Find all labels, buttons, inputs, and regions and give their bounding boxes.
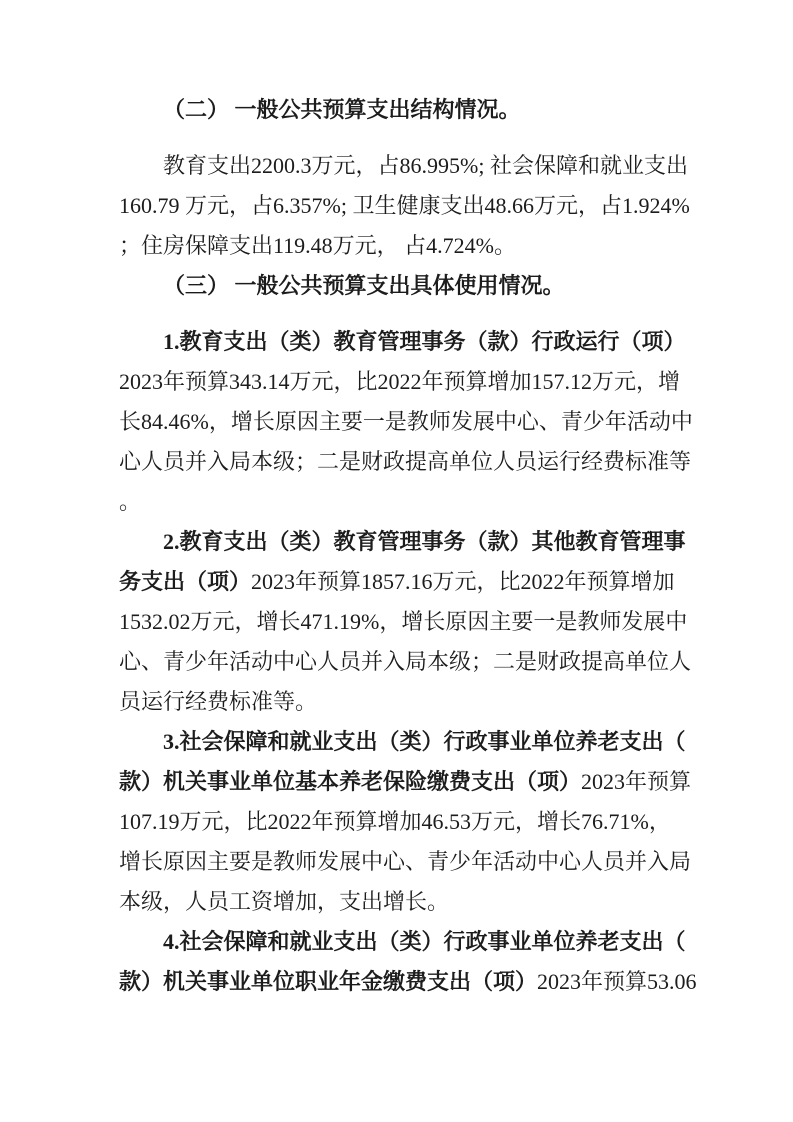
text-line: 160.79 万元，占6.357%; 卫生健康支出48.66万元，占1.924% [119, 186, 679, 226]
bold-text: 务支出（项） [119, 569, 251, 594]
body-text: 2023年预算343.14万元，比2022年预算增加157.12万元，增 [119, 369, 680, 394]
body-text: 教育支出2200.3万元，占86.995%; 社会保障和就业支出 [163, 153, 688, 178]
text-line: 4.社会保障和就业支出（类）行政事业单位养老支出（ [119, 922, 679, 962]
paragraph: 教育支出2200.3万元，占86.995%; 社会保障和就业支出 160.79 … [119, 146, 679, 266]
text-line: 款）机关事业单位基本养老保险缴费支出（项）2023年预算 [119, 762, 679, 802]
bold-text: 款）机关事业单位基本养老保险缴费支出（项） [119, 769, 581, 794]
bold-text: 2.教育支出（类）教育管理事务（款）其他教育管理事 [163, 529, 686, 554]
heading-text: （三） 一般公共预算支出具体使用情况。 [163, 273, 565, 298]
text-line: ；住房保障支出119.48万元， 占4.724%。 [119, 226, 679, 266]
text-line: 增长原因主要是教师发展中心、青少年活动中心人员并入局 [119, 842, 679, 882]
document-page: （二） 一般公共预算支出结构情况。 教育支出2200.3万元，占86.995%;… [0, 0, 793, 1122]
section-heading: （二） 一般公共预算支出结构情况。 [119, 90, 679, 130]
paragraph: 2.教育支出（类）教育管理事务（款）其他教育管理事 务支出（项）2023年预算1… [119, 522, 679, 722]
text-line: 教育支出2200.3万元，占86.995%; 社会保障和就业支出 [119, 146, 679, 186]
body-text: 本级，人员工资增加，支出增长。 [119, 889, 449, 914]
body-text: 心人员并入局本级；二是财政提高单位人员运行经费标准等 [119, 449, 691, 474]
text-line: 1.教育支出（类）教育管理事务（款）行政运行（项） [119, 322, 679, 362]
body-text: 2023年预算53.06 [537, 969, 697, 994]
body-text: 。 [119, 489, 141, 514]
text-line: 1532.02万元，增长471.19%，增长原因主要一是教师发展中 [119, 602, 679, 642]
text-line: 107.19万元，比2022年预算增加46.53万元，增长76.71%， [119, 802, 679, 842]
bold-text: 1.教育支出（类）教育管理事务（款）行政运行（项） [163, 329, 686, 354]
text-line: 款）机关事业单位职业年金缴费支出（项）2023年预算53.06 [119, 962, 679, 1002]
body-text: 2023年预算 [581, 769, 691, 794]
heading-line: （二） 一般公共预算支出结构情况。 [119, 90, 679, 130]
body-text: 107.19万元，比2022年预算增加46.53万元，增长76.71%， [119, 809, 671, 834]
text-line: 长84.46%，增长原因主要一是教师发展中心、青少年活动中 [119, 402, 679, 442]
body-text: 长84.46%，增长原因主要一是教师发展中心、青少年活动中 [119, 409, 693, 434]
text-line: 。 [119, 482, 679, 522]
body-text: 1532.02万元，增长471.19%，增长原因主要一是教师发展中 [119, 609, 687, 634]
text-line: 3.社会保障和就业支出（类）行政事业单位养老支出（ [119, 722, 679, 762]
text-line: 本级，人员工资增加，支出增长。 [119, 882, 679, 922]
document-body: （二） 一般公共预算支出结构情况。 教育支出2200.3万元，占86.995%;… [119, 90, 679, 1002]
text-line: 2023年预算343.14万元，比2022年预算增加157.12万元，增 [119, 362, 679, 402]
text-line: 心人员并入局本级；二是财政提高单位人员运行经费标准等 [119, 442, 679, 482]
section-heading: （三） 一般公共预算支出具体使用情况。 [119, 266, 679, 306]
paragraph: 3.社会保障和就业支出（类）行政事业单位养老支出（ 款）机关事业单位基本养老保险… [119, 722, 679, 922]
bold-text: 3.社会保障和就业支出（类）行政事业单位养老支出（ [163, 729, 686, 754]
heading-text: （二） 一般公共预算支出结构情况。 [163, 97, 521, 122]
text-line: 2.教育支出（类）教育管理事务（款）其他教育管理事 [119, 522, 679, 562]
text-line: 务支出（项）2023年预算1857.16万元，比2022年预算增加 [119, 562, 679, 602]
bold-text: 4.社会保障和就业支出（类）行政事业单位养老支出（ [163, 929, 686, 954]
body-text: 增长原因主要是教师发展中心、青少年活动中心人员并入局 [119, 849, 691, 874]
paragraph: 1.教育支出（类）教育管理事务（款）行政运行（项） 2023年预算343.14万… [119, 322, 679, 522]
body-text: ；住房保障支出119.48万元， 占4.724%。 [119, 233, 516, 258]
text-line: 员运行经费标准等。 [119, 682, 679, 722]
body-text: 2023年预算1857.16万元，比2022年预算增加 [251, 569, 675, 594]
body-text: 员运行经费标准等。 [119, 689, 317, 714]
body-text: 心、青少年活动中心人员并入局本级；二是财政提高单位人 [119, 649, 691, 674]
heading-line: （三） 一般公共预算支出具体使用情况。 [119, 266, 679, 306]
body-text: 160.79 万元，占6.357%; 卫生健康支出48.66万元，占1.924% [119, 193, 690, 218]
bold-text: 款）机关事业单位职业年金缴费支出（项） [119, 969, 537, 994]
text-line: 心、青少年活动中心人员并入局本级；二是财政提高单位人 [119, 642, 679, 682]
paragraph: 4.社会保障和就业支出（类）行政事业单位养老支出（ 款）机关事业单位职业年金缴费… [119, 922, 679, 1002]
